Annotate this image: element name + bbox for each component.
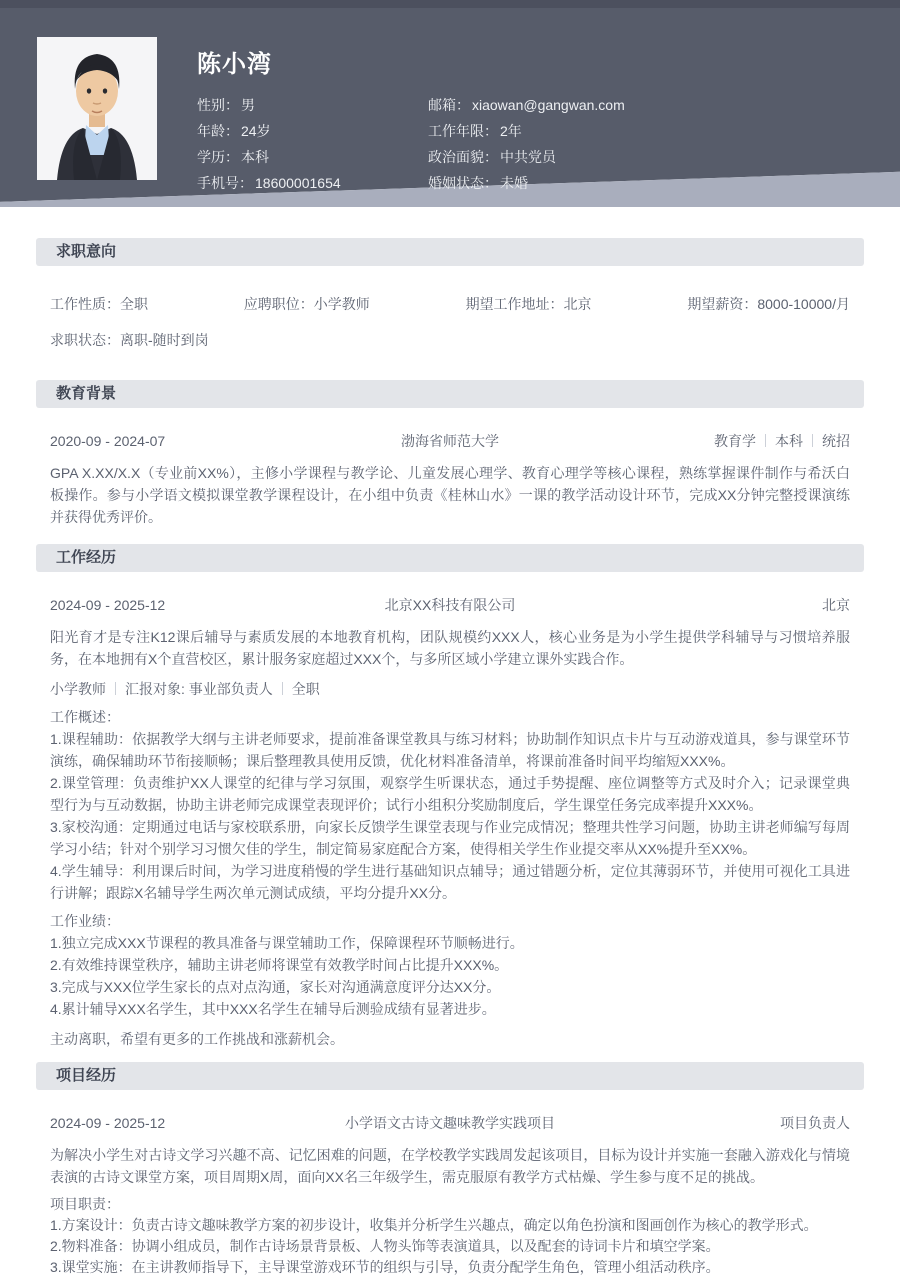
profile-photo	[37, 37, 157, 180]
project-duty-item: 2.物料准备：协调小组成员，制作古诗场景背景板、人物头饰等表演道具，以及配套的诗…	[50, 1236, 850, 1257]
field-phone: 手机号：18600001654	[197, 170, 428, 196]
field-expected-salary: 期望薪资：8000-10000/月	[687, 294, 850, 314]
field-education-level: 学历：本科	[197, 144, 428, 170]
company-intro: 阳光育才是专注K12课后辅导与素质发展的本地教育机构，团队规模约XXX人，核心业…	[50, 626, 850, 670]
section-title: 求职意向	[56, 243, 116, 260]
education-meta-row: 2020-09 - 2024-07 渤海省师范大学 教育学本科统招	[50, 430, 850, 452]
profile-photo-illustration	[37, 37, 157, 180]
job-intention-row: 工作性质：全职 应聘职位：小学教师 期望工作地址：北京 期望薪资：8000-10…	[50, 294, 850, 314]
work-position-line: 小学教师汇报对象: 事业部负责人全职	[50, 678, 850, 700]
field-gender: 性别：男	[197, 92, 428, 118]
project-duty-title: 项目职责：	[50, 1194, 850, 1215]
work-overview-item: 4.学生辅导：利用课后时间，为学习进度稍慢的学生进行基础知识点辅导；通过错题分析…	[50, 860, 850, 904]
divider	[812, 434, 813, 447]
work-location: 北京	[630, 594, 850, 616]
work-period: 2024-09 - 2025-12	[50, 594, 270, 616]
education-school: 渤海省师范大学	[270, 430, 630, 452]
education-degree: 本科	[775, 433, 803, 449]
education-major: 教育学	[714, 433, 756, 449]
field-job-status: 求职状态：离职-随时到岗	[50, 330, 850, 350]
field-job-nature: 工作性质：全职	[50, 294, 148, 314]
resume-header: 陈小湾 性别：男 年龄：24岁 学历：本科 手机号：18600001654 邮箱…	[0, 0, 900, 207]
divider	[765, 434, 766, 447]
field-target-position: 应聘职位：小学教师	[244, 294, 370, 314]
project-intro: 为解决小学生对古诗文学习兴趣不高、记忆困难的问题，在学校教学实践周发起该项目，目…	[50, 1144, 850, 1188]
project-period: 2024-09 - 2025-12	[50, 1112, 270, 1134]
divider	[115, 682, 116, 695]
header-details: 性别：男 年龄：24岁 学历：本科 手机号：18600001654 邮箱：xia…	[197, 92, 864, 196]
work-overview-item: 1.课程辅助：依据教学大纲与主讲老师要求，提前准备课堂教具与练习材料；协助制作知…	[50, 728, 850, 772]
work-overview-block: 工作概述： 1.课程辅助：依据教学大纲与主讲老师要求，提前准备课堂教具与练习材料…	[50, 706, 850, 904]
project-meta-row: 2024-09 - 2025-12 小学语文古诗文趣味教学实践项目 项目负责人	[50, 1112, 850, 1134]
field-work-years: 工作年限：2年	[428, 118, 864, 144]
section-header-project-experience: 项目经历	[36, 1062, 864, 1090]
divider	[282, 682, 283, 695]
work-meta-row: 2024-09 - 2025-12 北京XX科技有限公司 北京	[50, 594, 850, 616]
project-duty-block: 项目职责： 1.方案设计：负责古诗文趣味教学方案的初步设计，收集并分析学生兴趣点…	[50, 1194, 850, 1275]
candidate-name: 陈小湾	[197, 44, 864, 79]
work-achievement-block: 工作业绩： 1.独立完成XXX节课程的教具准备与课堂辅助工作，保障课程环节顺畅进…	[50, 910, 850, 1020]
resume-body: 求职意向 工作性质：全职 应聘职位：小学教师 期望工作地址：北京 期望薪资：80…	[0, 238, 900, 1275]
work-report-to: 汇报对象: 事业部负责人	[125, 681, 273, 697]
education-degree-group: 教育学本科统招	[630, 430, 850, 452]
work-job-type: 全职	[292, 681, 320, 697]
field-marital-status: 婚姻状态：未婚	[428, 170, 864, 196]
project-duty-item: 1.方案设计：负责古诗文趣味教学方案的初步设计，收集并分析学生兴趣点，确定以角色…	[50, 1215, 850, 1236]
section-header-work-experience: 工作经历	[36, 544, 864, 572]
field-target-location: 期望工作地址：北京	[466, 294, 592, 314]
work-overview-title: 工作概述：	[50, 706, 850, 728]
field-political-status: 政治面貌：中共党员	[428, 144, 864, 170]
project-role: 项目负责人	[630, 1112, 850, 1134]
work-achievement-item: 4.累计辅导XXX名学生，其中XXX名学生在辅导后测验成绩有显著进步。	[50, 998, 850, 1020]
work-achievement-item: 2.有效维持课堂秩序，辅助主讲老师将课堂有效教学时间占比提升XXX%。	[50, 954, 850, 976]
leave-reason: 主动离职，希望有更多的工作挑战和涨薪机会。	[50, 1028, 850, 1050]
section-header-job-intention: 求职意向	[36, 238, 864, 266]
work-company: 北京XX科技有限公司	[270, 594, 630, 616]
work-position: 小学教师	[50, 681, 106, 697]
project-name: 小学语文古诗文趣味教学实践项目	[270, 1112, 630, 1134]
education-admission-type: 统招	[822, 433, 850, 449]
section-title: 工作经历	[56, 549, 116, 566]
work-achievement-title: 工作业绩：	[50, 910, 850, 932]
work-achievement-item: 1.独立完成XXX节课程的教具准备与课堂辅助工作，保障课程环节顺畅进行。	[50, 932, 850, 954]
work-overview-item: 2.课堂管理：负责维护XX人课堂的纪律与学习氛围，观察学生听课状态，通过手势提醒…	[50, 772, 850, 816]
field-age: 年龄：24岁	[197, 118, 428, 144]
section-title: 项目经历	[56, 1067, 116, 1084]
project-duty-item: 3.课堂实施：在主讲教师指导下，主导课堂游戏环节的组织与引导，负责分配学生角色，…	[50, 1257, 850, 1275]
work-overview-item: 3.家校沟通：定期通过电话与家校联系册，向家长反馈学生课堂表现与作业完成情况；整…	[50, 816, 850, 860]
section-header-education: 教育背景	[36, 380, 864, 408]
field-email: 邮箱：xiaowan@gangwan.com	[428, 92, 864, 118]
work-achievement-item: 3.完成与XXX位学生家长的点对点沟通，家长对沟通满意度评分达XX分。	[50, 976, 850, 998]
education-description: GPA X.XX/X.X（专业前XX%），主修小学课程与教学论、儿童发展心理学、…	[50, 462, 850, 528]
education-period: 2020-09 - 2024-07	[50, 430, 270, 452]
section-title: 教育背景	[56, 385, 116, 402]
